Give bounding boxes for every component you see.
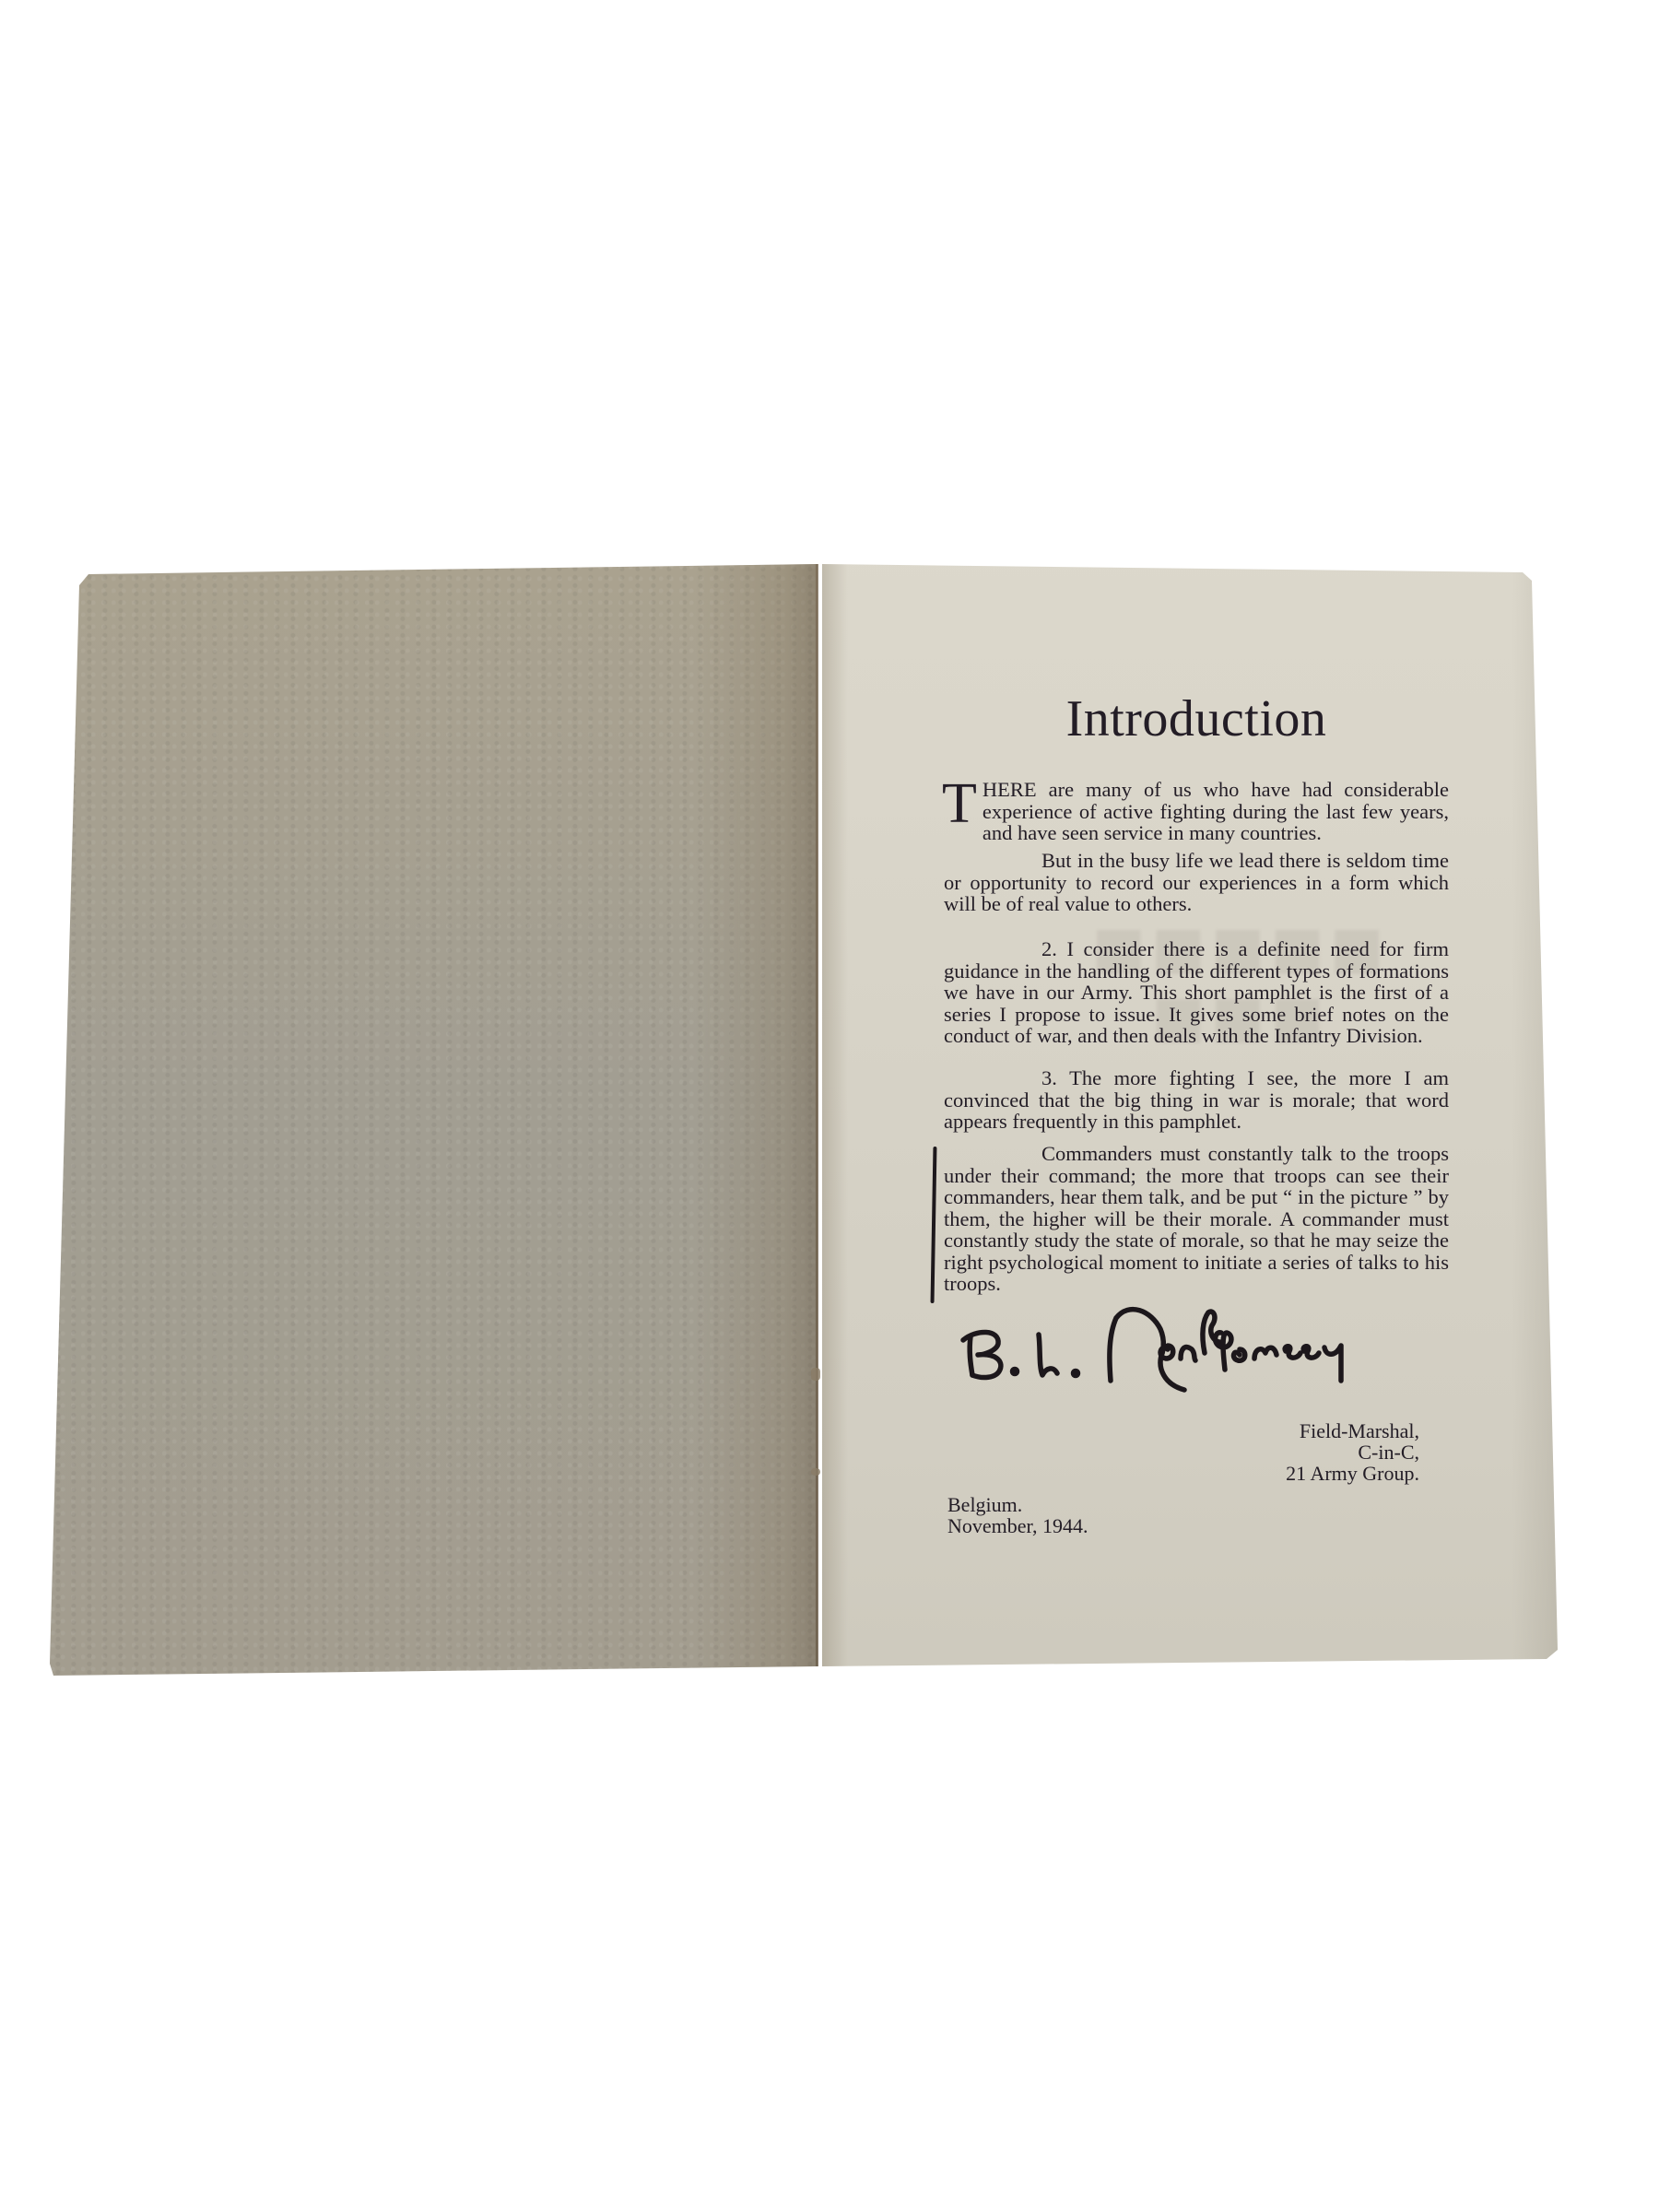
lead-caps: HERE bbox=[982, 778, 1037, 801]
signatory-title: C-in-C, bbox=[1106, 1441, 1419, 1463]
place-and-date: Belgium. November, 1944. bbox=[947, 1494, 1224, 1536]
paragraph-1: THERE are many of us who have had consid… bbox=[944, 779, 1449, 844]
page-title: Introduction bbox=[944, 689, 1449, 748]
drop-cap: T bbox=[942, 782, 977, 824]
spine bbox=[816, 564, 818, 1666]
place: Belgium. bbox=[947, 1494, 1224, 1515]
paragraph-4: 3. The more fighting I see, the more I a… bbox=[944, 1067, 1449, 1133]
paragraph-3: 2. I consider there is a definite need f… bbox=[944, 938, 1449, 1047]
staple-mark bbox=[811, 1368, 820, 1381]
signature-strokes bbox=[954, 1298, 1452, 1413]
signatory-rank: Field-Marshal, bbox=[1106, 1420, 1419, 1441]
paragraph-5: Commanders must constantly talk to the t… bbox=[944, 1143, 1449, 1295]
staple-mark bbox=[811, 1468, 820, 1476]
handwritten-signature: B. L. Montgomery bbox=[954, 1298, 1452, 1413]
paragraph-1-text: are many of us who have had considerable… bbox=[982, 778, 1449, 844]
open-pamphlet: ■■■■■■■■ Introduction THERE are many of … bbox=[0, 0, 1659, 2212]
date: November, 1944. bbox=[947, 1515, 1224, 1536]
paragraph-2: But in the busy life we lead there is se… bbox=[944, 850, 1449, 915]
signatory-block: Field-Marshal, C-in-C, 21 Army Group. bbox=[1106, 1420, 1419, 1484]
signatory-unit: 21 Army Group. bbox=[1106, 1463, 1419, 1484]
